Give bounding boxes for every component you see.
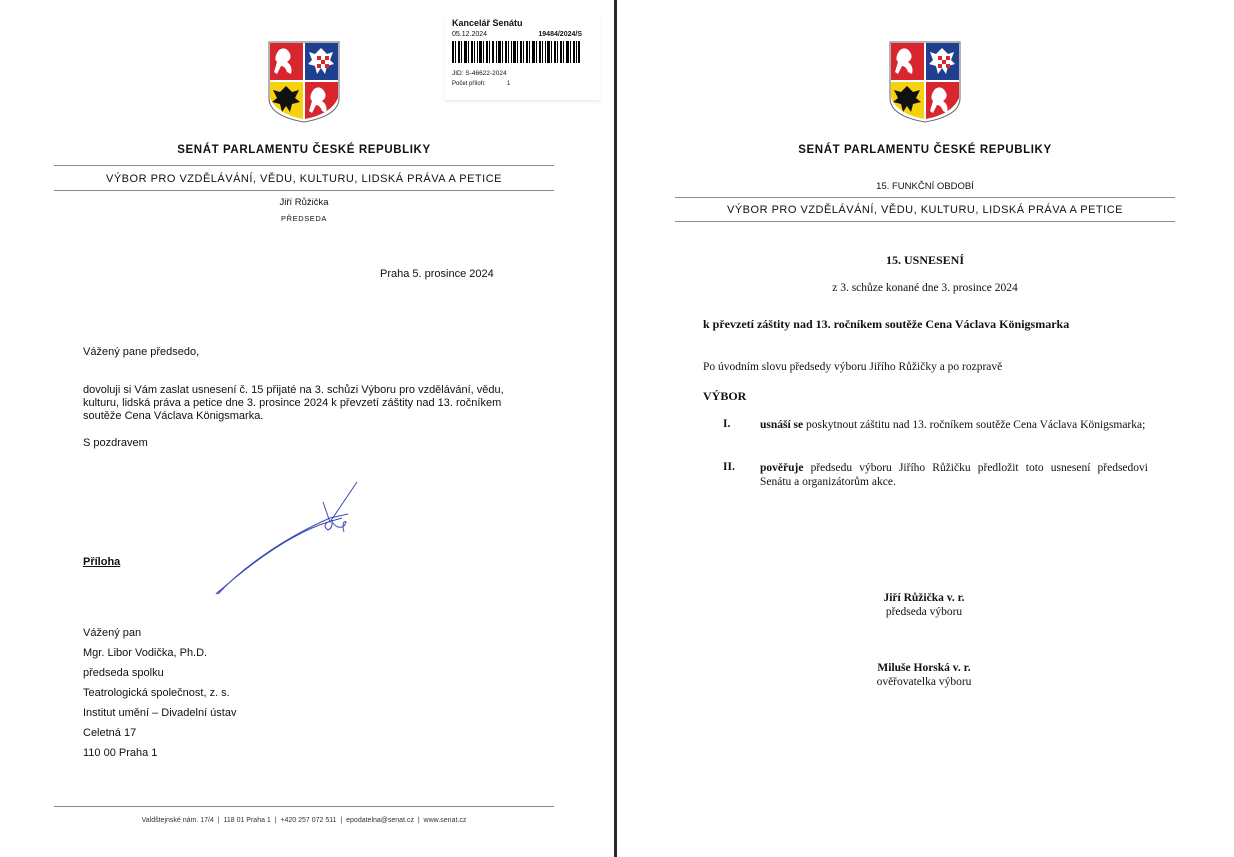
resolution-subject: k převzetí záštity nad 13. ročníkem sout…	[703, 317, 1069, 332]
closing: S pozdravem	[83, 437, 148, 450]
recipient-line: Teatrologická společnost, z. s.	[83, 687, 236, 707]
item-text: usnáší se poskytnout záštitu nad 13. roč…	[760, 418, 1148, 432]
place-date: Praha 5. prosince 2024	[380, 268, 494, 281]
item-text: pověřuje předsedu výboru Jiřího Růžičku …	[760, 461, 1148, 489]
sender-role: PŘEDSEDA	[54, 214, 554, 223]
resolution-title: 15. USNESENÍ	[675, 253, 1175, 268]
item-number: I.	[723, 418, 730, 430]
stamp-attachments-label: Počet příloh:	[452, 81, 486, 87]
recipient-line: Mgr. Libor Vodička, Ph.D.	[83, 647, 236, 667]
page-divider	[614, 0, 617, 857]
institution-heading: SENÁT PARLAMENTU ČESKÉ REPUBLIKY	[54, 144, 554, 156]
stamp-office: Kancelář Senátu	[452, 18, 523, 28]
czech-coat-of-arms-icon	[888, 40, 962, 124]
term-heading: 15. FUNKČNÍ OBDOBÍ	[675, 181, 1175, 192]
recipient-line: 110 00 Praha 1	[83, 747, 236, 767]
stamp-jid: JID: S-46622-2024	[452, 70, 507, 77]
attachment-heading: Příloha	[83, 556, 120, 569]
resolution-page: SENÁT PARLAMENTU ČESKÉ REPUBLIKY 15. FUN…	[618, 0, 1234, 857]
item-verb: pověřuje	[760, 462, 803, 474]
letter-body: dovoluji si Vám zaslat usnesení č. 15 př…	[83, 384, 533, 423]
header-rule-bottom	[675, 221, 1175, 222]
resolution-meeting: z 3. schůze konané dne 3. prosince 2024	[675, 282, 1175, 294]
resolution-intro: Po úvodním slovu předsedy výboru Jiřího …	[703, 361, 1002, 373]
resolution-body-heading: VÝBOR	[703, 389, 746, 404]
salutation: Vážený pane předsedo,	[83, 346, 199, 359]
footer-contact: Valdštejnské nám. 17/4 | 118 01 Praha 1 …	[54, 817, 554, 824]
sender-name: Jiří Růžička	[54, 197, 554, 208]
institution-heading: SENÁT PARLAMENTU ČESKÉ REPUBLIKY	[675, 144, 1175, 156]
signatory-block: Miluše Horská v. r. ověřovatelka výboru	[824, 661, 1024, 689]
footer-rule	[54, 806, 554, 807]
czech-coat-of-arms-icon	[267, 40, 341, 124]
signatory-role: předseda výboru	[824, 605, 1024, 619]
stamp-reference: 19484/2024/S	[538, 31, 582, 38]
item-content: předsedu výboru Jiřího Růžičku předložit…	[760, 462, 1148, 488]
committee-heading: VÝBOR PRO VZDĚLÁVÁNÍ, VĚDU, KULTURU, LID…	[54, 173, 554, 185]
item-verb: usnáší se	[760, 419, 803, 431]
stamp-attachments-value: 1	[507, 81, 510, 87]
committee-heading: VÝBOR PRO VZDĚLÁVÁNÍ, VĚDU, KULTURU, LID…	[675, 204, 1175, 216]
signatory-name: Miluše Horská v. r.	[824, 661, 1024, 675]
cover-letter-page: Kancelář Senátu 05.12.2024 19484/2024/S	[0, 0, 614, 857]
registry-stamp: Kancelář Senátu 05.12.2024 19484/2024/S	[445, 14, 600, 100]
recipient-address: Vážený pan Mgr. Libor Vodička, Ph.D. pře…	[83, 627, 236, 767]
header-rule-top	[675, 197, 1175, 198]
barcode-icon	[452, 41, 580, 63]
recipient-line: Institut umění – Divadelní ústav	[83, 707, 236, 727]
recipient-line: Vážený pan	[83, 627, 236, 647]
item-content: poskytnout záštitu nad 13. ročníkem sout…	[803, 419, 1145, 431]
item-number: II.	[723, 461, 735, 473]
recipient-line: předseda spolku	[83, 667, 236, 687]
header-rule-bottom	[54, 190, 554, 191]
signatory-role: ověřovatelka výboru	[824, 675, 1024, 689]
header-rule-top	[54, 165, 554, 166]
recipient-line: Celetná 17	[83, 727, 236, 747]
signatory-name: Jiří Růžička v. r.	[824, 591, 1024, 605]
stamp-date: 05.12.2024	[452, 31, 487, 38]
signatory-block: Jiří Růžička v. r. předseda výboru	[824, 591, 1024, 619]
handwritten-signature-icon	[210, 478, 370, 603]
